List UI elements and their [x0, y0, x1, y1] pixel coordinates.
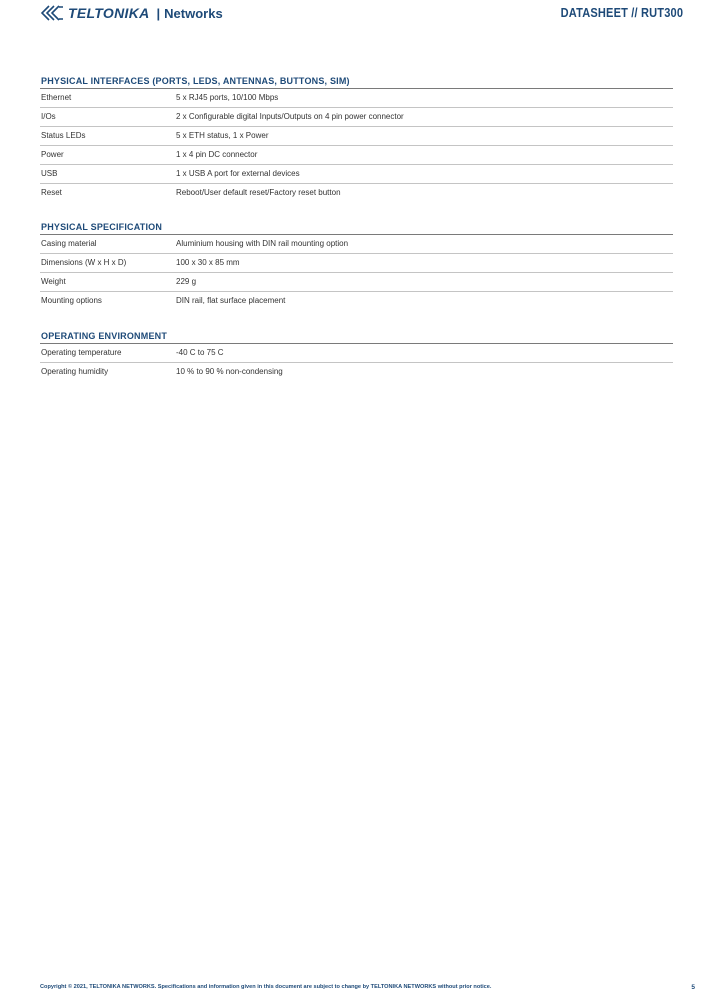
logo-brand-text: TELTONIKA — [68, 5, 150, 21]
row-value: 1 x USB A port for external devices — [176, 165, 673, 183]
row-label: Ethernet — [40, 89, 176, 107]
table-row: Ethernet 5 x RJ45 ports, 10/100 Mbps — [40, 89, 673, 108]
row-value: 100 x 30 x 85 mm — [176, 254, 673, 272]
row-label: Weight — [40, 273, 176, 291]
row-label: USB — [40, 165, 176, 183]
page-footer: Copyright © 2021, TELTONIKA NETWORKS. Sp… — [40, 984, 695, 991]
table-row: Mounting options DIN rail, flat surface … — [40, 292, 673, 310]
table-row: Power 1 x 4 pin DC connector — [40, 146, 673, 165]
table-row: Operating temperature -40 C to 75 C — [40, 344, 673, 363]
logo-sub-text: Networks — [164, 6, 223, 21]
row-value: 1 x 4 pin DC connector — [176, 146, 673, 164]
row-value: 10 % to 90 % non-condensing — [176, 363, 673, 381]
row-label: Power — [40, 146, 176, 164]
row-value: 5 x RJ45 ports, 10/100 Mbps — [176, 89, 673, 107]
section-title: OPERATING ENVIRONMENT — [40, 329, 673, 344]
row-value: DIN rail, flat surface placement — [176, 292, 673, 310]
table-row: Reset Reboot/User default reset/Factory … — [40, 184, 673, 202]
section-operating-environment: OPERATING ENVIRONMENT Operating temperat… — [40, 329, 673, 381]
row-value: -40 C to 75 C — [176, 344, 673, 362]
section-title: PHYSICAL SPECIFICATION — [40, 220, 673, 235]
row-label: Operating temperature — [40, 344, 176, 362]
table-row: USB 1 x USB A port for external devices — [40, 165, 673, 184]
row-label: Status LEDs — [40, 127, 176, 145]
row-label: Dimensions (W x H x D) — [40, 254, 176, 272]
table-row: Operating humidity 10 % to 90 % non-cond… — [40, 363, 673, 381]
page-header: TELTONIKA | Networks DATASHEET // RUT300 — [0, 0, 715, 28]
teltonika-logo: TELTONIKA | Networks — [40, 4, 223, 22]
table-row: I/Os 2 x Configurable digital Inputs/Out… — [40, 108, 673, 127]
row-label: Operating humidity — [40, 363, 176, 381]
logo-separator: | — [157, 6, 161, 21]
section-title: PHYSICAL INTERFACES (PORTS, LEDS, ANTENN… — [40, 74, 673, 89]
row-value: 2 x Configurable digital Inputs/Outputs … — [176, 108, 673, 126]
copyright-notice: Copyright © 2021, TELTONIKA NETWORKS. Sp… — [40, 984, 491, 991]
row-value: 229 g — [176, 273, 673, 291]
page-number: 5 — [691, 984, 695, 991]
section-physical-interfaces: PHYSICAL INTERFACES (PORTS, LEDS, ANTENN… — [40, 74, 673, 202]
table-row: Weight 229 g — [40, 273, 673, 292]
teltonika-chevrons-icon — [40, 5, 64, 21]
section-physical-specification: PHYSICAL SPECIFICATION Casing material A… — [40, 220, 673, 310]
table-row: Dimensions (W x H x D) 100 x 30 x 85 mm — [40, 254, 673, 273]
datasheet-title: DATASHEET // RUT300 — [560, 5, 683, 20]
row-value: Reboot/User default reset/Factory reset … — [176, 184, 673, 202]
row-value: 5 x ETH status, 1 x Power — [176, 127, 673, 145]
row-label: Casing material — [40, 235, 176, 253]
row-value: Aluminium housing with DIN rail mounting… — [176, 235, 673, 253]
row-label: I/Os — [40, 108, 176, 126]
row-label: Reset — [40, 184, 176, 202]
table-row: Casing material Aluminium housing with D… — [40, 235, 673, 254]
table-row: Status LEDs 5 x ETH status, 1 x Power — [40, 127, 673, 146]
row-label: Mounting options — [40, 292, 176, 310]
